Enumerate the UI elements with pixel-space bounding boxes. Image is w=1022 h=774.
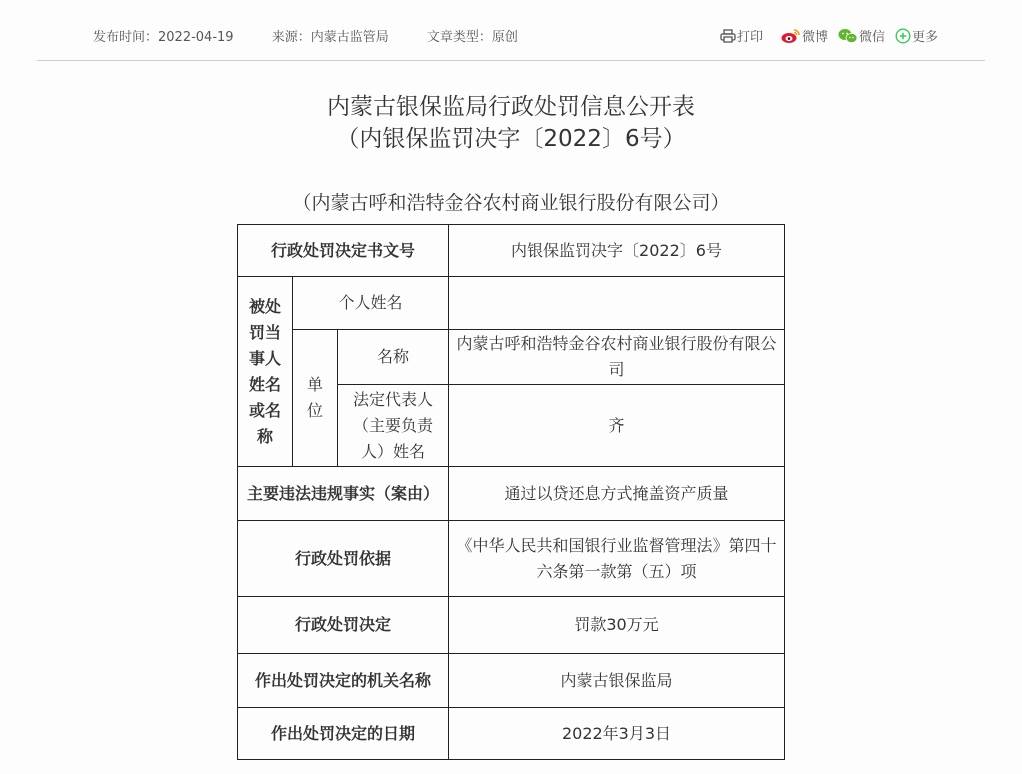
doc-no-value: 内银保监罚决字〔2022〕6号 (449, 225, 785, 277)
page-title: 内蒙古银保监局行政处罚信息公开表 (0, 88, 1022, 121)
article-meta: 发布时间：2022-04-19 来源：内蒙古监管局 文章类型：原创 (93, 26, 552, 45)
wechat-share-button[interactable]: 微信 (838, 26, 885, 45)
print-button[interactable]: 打印 (720, 26, 763, 45)
doc-no-label: 行政处罚决定书文号 (238, 225, 449, 277)
table-row: 单位 名称 内蒙古呼和浩特金谷农村商业银行股份有限公司 (238, 330, 785, 385)
table-row: 作出处罚决定的机关名称 内蒙古银保监局 (238, 654, 785, 708)
date-label: 作出处罚决定的日期 (238, 708, 449, 760)
individual-name-value (449, 277, 785, 330)
share-bar: 打印 微博 微信 更多 (720, 26, 948, 45)
page-title-doc-number: （内银保监罚决字〔2022〕6号） (0, 120, 1022, 153)
table-row: 主要违法违规事实（案由） 通过以贷还息方式掩盖资产质量 (238, 467, 785, 521)
decision-value: 罚款30万元 (449, 597, 785, 654)
date-value: 2022年3月3日 (449, 708, 785, 760)
table-row: 行政处罚决定 罚款30万元 (238, 597, 785, 654)
table-row: 被处罚当事人姓名或名称 个人姓名 (238, 277, 785, 330)
party-label: 被处罚当事人姓名或名称 (238, 277, 293, 467)
authority-label: 作出处罚决定的机关名称 (238, 654, 449, 708)
publish-time: 发布时间：2022-04-19 (93, 30, 234, 45)
weibo-icon (781, 28, 801, 44)
facts-value: 通过以贷还息方式掩盖资产质量 (449, 467, 785, 521)
unit-name-value: 内蒙古呼和浩特金谷农村商业银行股份有限公司 (449, 330, 785, 385)
header-divider (37, 60, 985, 61)
decision-label: 行政处罚决定 (238, 597, 449, 654)
table-row: 作出处罚决定的日期 2022年3月3日 (238, 708, 785, 760)
facts-label: 主要违法违规事实（案由） (238, 467, 449, 521)
penalty-info-table: 行政处罚决定书文号 内银保监罚决字〔2022〕6号 被处罚当事人姓名或名称 个人… (237, 224, 785, 760)
legal-rep-value: 齐 (449, 385, 785, 467)
legal-rep-label: 法定代表人（主要负责人）姓名 (338, 385, 449, 467)
plus-circle-icon (895, 28, 911, 44)
basis-value: 《中华人民共和国银行业监督管理法》第四十六条第一款第（五）项 (449, 521, 785, 597)
weibo-share-button[interactable]: 微博 (781, 26, 828, 45)
company-subtitle: （内蒙古呼和浩特金谷农村商业银行股份有限公司） (0, 188, 1022, 215)
unit-name-label: 名称 (338, 330, 449, 385)
source: 来源：内蒙古监管局 (272, 30, 389, 45)
basis-label: 行政处罚依据 (238, 521, 449, 597)
table-row: 行政处罚依据 《中华人民共和国银行业监督管理法》第四十六条第一款第（五）项 (238, 521, 785, 597)
more-share-button[interactable]: 更多 (895, 26, 938, 45)
individual-name-label: 个人姓名 (293, 277, 449, 330)
wechat-icon (838, 28, 858, 44)
table-row: 行政处罚决定书文号 内银保监罚决字〔2022〕6号 (238, 225, 785, 277)
unit-label: 单位 (293, 330, 338, 467)
printer-icon (720, 29, 736, 43)
article-type: 文章类型：原创 (427, 30, 518, 45)
authority-value: 内蒙古银保监局 (449, 654, 785, 708)
